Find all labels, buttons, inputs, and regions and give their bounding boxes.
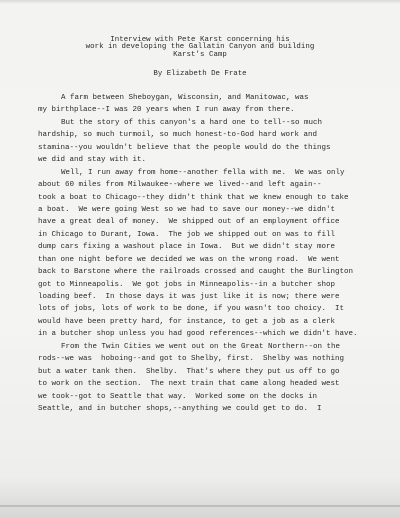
- paragraph-line: Seattle, and in butcher shops,--anything…: [38, 403, 378, 415]
- paragraph-line: From the Twin Cities we went out on the …: [38, 341, 378, 353]
- paragraph-line: rods--we was hoboing--and got to Shelby,…: [38, 353, 378, 365]
- document-title: Interview with Pete Karst concerning his…: [0, 37, 400, 59]
- paragraph-line: hardship, so much turmoil, so much hones…: [38, 129, 378, 141]
- title-line-3: Karst's Camp: [0, 52, 400, 59]
- paragraph-line: to work on the section. The next train t…: [38, 378, 378, 390]
- paragraph-line: got to Minneapolis. We got jobs in Minne…: [38, 279, 378, 291]
- paragraph-line: would have been pretty hard, for instanc…: [38, 316, 378, 328]
- paragraph-line: loading beef. In those days it was just …: [38, 291, 378, 303]
- paragraph-line: in Chicago to Durant, Iowa. The job we s…: [38, 229, 378, 241]
- paragraph-line: dump cars fixing a washout place in Iowa…: [38, 241, 378, 253]
- author-byline: By Elizabeth De Frate: [0, 70, 400, 78]
- paragraph-line: but a water tank then. Shelby. That's wh…: [38, 366, 378, 378]
- paragraph-line: we took--got to Seattle that way. Worked…: [38, 391, 378, 403]
- paragraph-line: back to Barstone where the railroads cro…: [38, 266, 378, 278]
- paragraph-line: took a boat to Chicago--they didn't thin…: [38, 192, 378, 204]
- paragraph-line: a boat. We were going West so we had to …: [38, 204, 378, 216]
- paragraph-line: lots of jobs, lots of work to be done, i…: [38, 303, 378, 315]
- paragraph-line: Well, I run away from home--another fell…: [38, 167, 378, 179]
- typewritten-page: Interview with Pete Karst concerning his…: [0, 0, 400, 518]
- interview-body: A farm between Sheboygan, Wisconsin, and…: [38, 92, 378, 415]
- paragraph-line: stamina--you wouldn't believe that the p…: [38, 142, 378, 154]
- paragraph-line: A farm between Sheboygan, Wisconsin, and…: [38, 92, 378, 104]
- paragraph-line: we did and stay with it.: [38, 154, 378, 166]
- paragraph-line: in a butcher shop unless you had good re…: [38, 328, 378, 340]
- paragraph-line: have a great deal of money. We shipped o…: [38, 216, 378, 228]
- paragraph-line: But the story of this canyon's a hard on…: [38, 117, 378, 129]
- paragraph-line: than one night before we decided we was …: [38, 254, 378, 266]
- paper-fold-crease: [0, 505, 400, 507]
- paragraph-line: my birthplace--I was 20 years when I run…: [38, 104, 378, 116]
- paragraph-line: about 60 miles from Milwaukee--where we …: [38, 179, 378, 191]
